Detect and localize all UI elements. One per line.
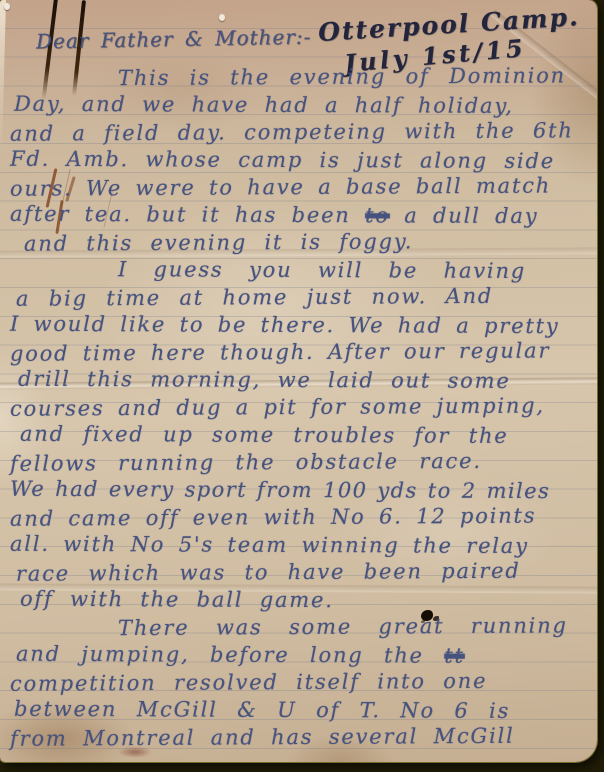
letter-line: and a field day. competeing with the 6th xyxy=(10,117,597,148)
line-text: and this evening it is foggy. xyxy=(24,229,413,255)
letter-line: and fixed up some troubles for the xyxy=(20,420,597,450)
line-text: from Montreal and has several McGill xyxy=(10,724,515,751)
line-text: There was some great running xyxy=(118,613,568,640)
letter-line: competition resolved itself into one xyxy=(10,667,597,698)
struck-out-text: to xyxy=(365,203,390,227)
letter-paper: Otterpool Camp. July 1st/15 Dear Father … xyxy=(0,0,597,762)
line-text: Fd. Amb. whose camp is just along side xyxy=(10,146,555,172)
letter-line: and this evening it is foggy. xyxy=(24,227,597,258)
letter-line: Fd. Amb. whose camp is just along side xyxy=(10,145,597,175)
line-text: race which was to have been paired xyxy=(16,559,521,586)
line-text: a dull day xyxy=(390,203,539,228)
letter-line: after tea. but it has been to a dull day xyxy=(10,200,597,230)
line-text: all. with No 5's team winning the relay xyxy=(10,531,529,557)
letter-line: courses and dug a pit for some jumping, xyxy=(10,392,597,423)
letter-line: good time here though. After our regular xyxy=(10,337,597,368)
letter-line: I guess you will be having xyxy=(10,255,597,285)
letter-line: race which was to have been paired xyxy=(16,557,597,588)
letter-line: fellows running the obstacle race. xyxy=(10,447,597,478)
line-text: This is the evening of Dominion xyxy=(118,63,566,90)
letter-line: between McGill & U of T. No 6 is xyxy=(14,695,597,725)
letter-line: a big time at home just now. And xyxy=(16,282,597,313)
pin-hole xyxy=(4,3,10,10)
letter-line: This is the evening of Dominion xyxy=(10,62,597,93)
line-text: and came off even with No 6. 12 points xyxy=(10,504,536,531)
torn-edge-highlight xyxy=(0,0,6,150)
line-text: fellows running the obstacle race. xyxy=(10,449,482,476)
letter-line: off with the ball game. xyxy=(20,585,597,615)
letter-line: drill this morning, we laid out some xyxy=(18,365,597,395)
letter-line: and jumping, before long the tt xyxy=(16,640,597,670)
pin-hole xyxy=(219,14,225,21)
line-text: courses and dug a pit for some jumping, xyxy=(10,394,545,421)
line-text: competition resolved itself into one xyxy=(10,669,487,696)
letter-line: There was some great running xyxy=(10,612,597,643)
line-text: drill this morning, we laid out some xyxy=(18,366,511,392)
letter-line: We had every sport from 100 yds to 2 mil… xyxy=(10,475,597,505)
letter-line: all. with No 5's team winning the relay xyxy=(10,530,597,560)
letter-body: This is the evening of DominionDay, and … xyxy=(10,64,597,752)
line-text: and fixed up some troubles for the xyxy=(20,421,509,447)
line-text: a big time at home just now. And xyxy=(16,284,493,311)
line-text: We had every sport from 100 yds to 2 mil… xyxy=(10,476,550,502)
letter-line: and came off even with No 6. 12 points xyxy=(10,502,597,533)
line-text: ours. We were to have a base ball match xyxy=(10,173,551,200)
line-text: good time here though. After our regular xyxy=(10,338,550,365)
line-text: and jumping, before long the xyxy=(16,641,444,667)
letter-line: ours. We were to have a base ball match xyxy=(10,172,597,203)
letter-line: Day, and we have had a half holiday, xyxy=(14,90,597,120)
line-text: I would like to be there. We had a prett… xyxy=(10,311,560,337)
letter-line: from Montreal and has several McGill xyxy=(10,722,597,753)
scanned-letter-page: { "document": { "kind": "Handwritten let… xyxy=(0,0,604,772)
line-text: Day, and we have had a half holiday, xyxy=(14,91,514,117)
line-text: I guess you will be having xyxy=(118,257,526,283)
line-text: off with the ball game. xyxy=(20,586,334,611)
struck-out-text: tt xyxy=(444,643,465,667)
line-text: and a field day. competeing with the 6th xyxy=(10,118,574,145)
letter-salutation: Dear Father & Mother:- xyxy=(36,25,312,54)
line-text: between McGill & U of T. No 6 is xyxy=(14,696,510,722)
line-text: after tea. but it has been xyxy=(10,201,365,227)
letter-line: I would like to be there. We had a prett… xyxy=(10,310,597,340)
